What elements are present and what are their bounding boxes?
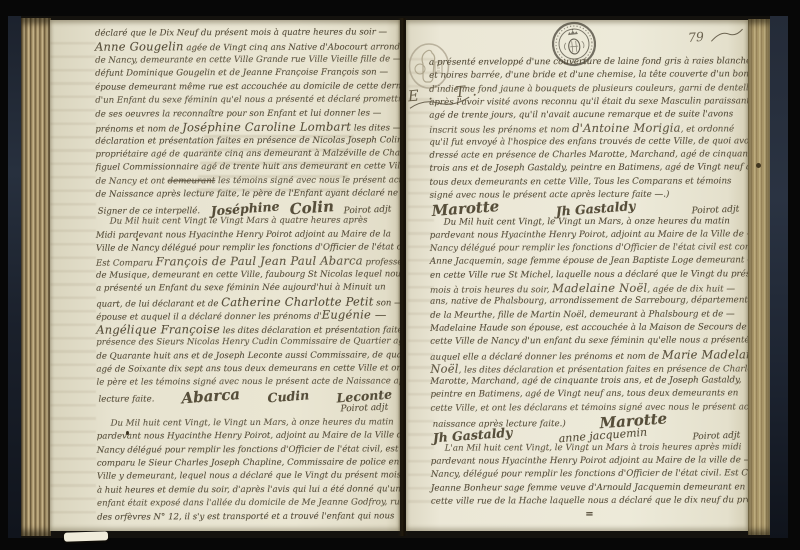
manuscript-line: Anne Jacquemin, sage femme épouse de Jea…	[430, 255, 746, 270]
signature-row: Signer de ce interpellé.JoséphineColinPo…	[96, 201, 398, 216]
curled-page-corner	[64, 531, 108, 542]
right-page-manuscript-text: a présenté enveloppé d'une couverture de…	[429, 55, 747, 522]
folio-flourish-icon	[709, 28, 744, 44]
manuscript-text: les témoins signé avec nous le présent a…	[215, 175, 400, 186]
manuscript-text: Angélique Françoise	[96, 322, 220, 337]
manuscript-line: présence des Sieurs Nicolas Henry Cudin …	[96, 335, 398, 350]
manuscript-text: professeur	[363, 258, 400, 268]
manuscript-line: agé de Soixante dix sept ans tous deux d…	[96, 362, 398, 377]
manuscript-text: Est Comparu	[96, 259, 156, 269]
manuscript-text: Eugénie —	[322, 308, 387, 322]
signature-text: Abarca	[181, 388, 240, 406]
manuscript-text: Catherine Charlotte Petit	[221, 294, 373, 309]
manuscript-line: Noël, les dites déclaration et présentat…	[430, 361, 746, 376]
folio-number-text: 79	[688, 29, 705, 45]
manuscript-text: agée de Vingt cinq ans Native d'Abocourt…	[184, 43, 400, 54]
manuscript-text: Marie Madelaine	[662, 347, 748, 361]
manuscript-line: Marotte, Marchand, agé de cinquante troi…	[430, 374, 746, 389]
manuscript-line: mois à trois heures du soir, Madelaine N…	[430, 281, 746, 296]
manuscript-text: demeurant	[168, 176, 216, 186]
manuscript-line: des orfèvres N° 12, il s'y est transport…	[97, 510, 399, 525]
manuscript-line: de Nancy et ont demeurant les témoins si…	[96, 174, 398, 189]
manuscript-text: quart, de lui déclarant et de	[96, 299, 221, 310]
page-stack-right-edge	[748, 19, 770, 535]
manuscript-line: épouse demeurant même rue est accouchée …	[95, 80, 397, 95]
manuscript-line: dressé acte en présence de Charles Marot…	[429, 148, 745, 163]
manuscript-text: Noël	[430, 361, 458, 375]
manuscript-line: a présenté enveloppé d'une couverture de…	[429, 55, 745, 70]
manuscript-line: cette ville rue de la Hache laquelle nou…	[431, 494, 747, 509]
manuscript-text: inscrit sous les prénoms et nom	[429, 126, 572, 137]
manuscript-text: François de Paul Jean Paul Abarca	[156, 254, 363, 269]
manuscript-text: Anne Gougelin	[95, 40, 184, 54]
manuscript-line: de Musique, demeurant en cette Ville, fa…	[96, 268, 398, 283]
manuscript-line: défunt Dominique Gougelin et de Jeanne F…	[95, 67, 397, 82]
manuscript-line: peintre en Batimens, agé de Vingt neuf a…	[430, 388, 746, 403]
manuscript-line: prénoms et nom de Joséphine Caroline Lom…	[95, 120, 397, 135]
manuscript-line: pardevant nous Hyacinthe Henry Poirot ad…	[431, 454, 747, 469]
manuscript-line: comparu le Sieur Charles Joseph Chapline…	[97, 456, 399, 471]
manuscript-text: Madelaine Noël	[552, 281, 647, 295]
manuscript-text: , agée de dix huit —	[647, 284, 735, 294]
manuscript-line: déclaration et présentation faites en pr…	[95, 134, 397, 149]
book-cover-right-edge	[770, 16, 788, 538]
manuscript-line: ans, native de Phalsbourg, arrondissemen…	[430, 295, 746, 310]
signature-row: MarotteJh GastaldyPoirot adjt	[430, 202, 746, 217]
left-page-manuscript-text: déclaré que le Dix Neuf du présent mois …	[95, 26, 399, 525]
signature-row: Jh Gastaldyanne jacqueminPoirot adjt	[431, 428, 747, 443]
left-page: déclaré que le Dix Neuf du présent mois …	[50, 20, 400, 531]
paper-speck	[126, 431, 129, 435]
manuscript-line: d'un Enfant du sexe féminin qu'el nous a…	[95, 94, 397, 109]
manuscript-line: Nancy, délégué pour remplir les fonction…	[431, 468, 747, 483]
signature-text: Poirot adjt	[692, 204, 740, 219]
signature-text: Poirot adjt	[341, 402, 389, 417]
manuscript-line: cette Ville, et ont les déclarans et tém…	[430, 401, 746, 416]
manuscript-text: d'Antoine Morigia	[572, 121, 681, 135]
right-page: E. T. 79 a présenté enveloppé d'une couv…	[406, 20, 748, 531]
page-stack-left-edge	[21, 18, 51, 536]
manuscript-line: à huit heures et demie du soir, d'après …	[97, 483, 399, 498]
manuscript-text: auquel elle a déclaré donner les prénoms…	[430, 351, 662, 362]
manuscript-line: enfant était exposé dans l'allée du domi…	[97, 497, 399, 512]
folio-number: 79	[688, 26, 745, 45]
manuscript-text: les dites déclaration et présentation fa…	[220, 325, 400, 336]
signature-row: lecture faite.AbarcaCudinLeconte	[96, 389, 398, 404]
manuscript-line: inscrit sous les prénoms et nom d'Antoin…	[429, 122, 745, 137]
manuscript-line: pardevant nous Hyacinthe Henry Poirot, a…	[430, 228, 746, 243]
manuscript-line: Est Comparu François de Paul Jean Paul A…	[96, 255, 398, 270]
manuscript-text: , et ordonné	[681, 125, 734, 135]
manuscript-line: qu'il fut envoyé à l'hospice des enfans …	[429, 135, 745, 150]
manuscript-line: pardevant nous Hyacinthe Henry Poirot, a…	[97, 429, 399, 444]
manuscript-line: Anne Gougelin agée de Vingt cinq ans Nat…	[95, 40, 397, 55]
manuscript-line: Ville y demeurant, lequel nous a déclaré…	[97, 470, 399, 485]
manuscript-line: épouse et auquel il a déclaré donner les…	[96, 309, 398, 324]
manuscript-line: déclaré que le Dix Neuf du présent mois …	[95, 26, 397, 41]
end-mark: =	[431, 507, 747, 522]
manuscript-text: les dites —	[351, 123, 400, 133]
signature-text: Cudin	[267, 388, 310, 405]
signature-text: Poirot adjt	[693, 430, 741, 445]
manuscript-text: Joséphine Caroline Lombart	[182, 120, 351, 135]
manuscript-line: auquel elle a déclaré donner les prénoms…	[430, 348, 746, 363]
manuscript-line: de Quarante huit ans et de Joseph Lecont…	[96, 349, 398, 364]
manuscript-line: trois ans et de Joseph Gastaldy, peintre…	[429, 162, 745, 177]
archive-scan-viewport: déclaré que le Dix Neuf du présent mois …	[0, 0, 800, 550]
manuscript-line: Nancy délégué pour remplir les fonctions…	[430, 241, 746, 256]
manuscript-line: après l'avoir visité avons reconnu qu'il…	[429, 95, 745, 110]
manuscript-line: Midi pardevant nous Hyacinthe Henry Poir…	[96, 228, 398, 243]
manuscript-line: et noires barrée, d'une bride et d'une c…	[429, 69, 745, 84]
manuscript-line: Angélique Françoise les dites déclaratio…	[96, 322, 398, 337]
manuscript-line: Du Mil huit cent Vingt, le Vingt un Mars…	[97, 416, 399, 431]
bleed-through-texture	[50, 34, 96, 518]
manuscript-line: Jeanne Bonheur sage femme veuve d'Arnoul…	[431, 481, 747, 496]
manuscript-line: propriétaire agé de quarante cinq ans de…	[95, 147, 397, 162]
manuscript-text: mois à trois heures du soir,	[430, 285, 552, 296]
book-cover-left-edge	[8, 16, 21, 538]
manuscript-line: de Nancy, demeurante en cette Ville Gran…	[95, 53, 397, 68]
manuscript-line: d'indienne fond jaune à bouquets de plus…	[429, 82, 745, 97]
paper-speck	[756, 163, 761, 168]
paper-speck	[136, 238, 138, 241]
manuscript-line: Nancy délégué pour remplir les fonctions…	[97, 443, 399, 458]
register-book: déclaré que le Dix Neuf du présent mois …	[8, 16, 788, 538]
signature-text: Colin	[289, 200, 334, 217]
manuscript-text: lecture faite.	[99, 393, 155, 407]
manuscript-text: prénoms et nom de	[95, 124, 182, 134]
manuscript-line: tous deux demeurants en cette Ville, Tou…	[430, 175, 746, 190]
signature-text: Poirot adjt	[344, 203, 392, 218]
manuscript-line: de la Meurthe, fille de Martin Noël, dem…	[430, 308, 746, 323]
manuscript-line: figuel Commissionnaire agé de trente hui…	[96, 161, 398, 176]
manuscript-text: de Nancy et ont	[96, 176, 168, 186]
manuscript-line: Madelaine Haude son épouse, est accouché…	[430, 321, 746, 336]
